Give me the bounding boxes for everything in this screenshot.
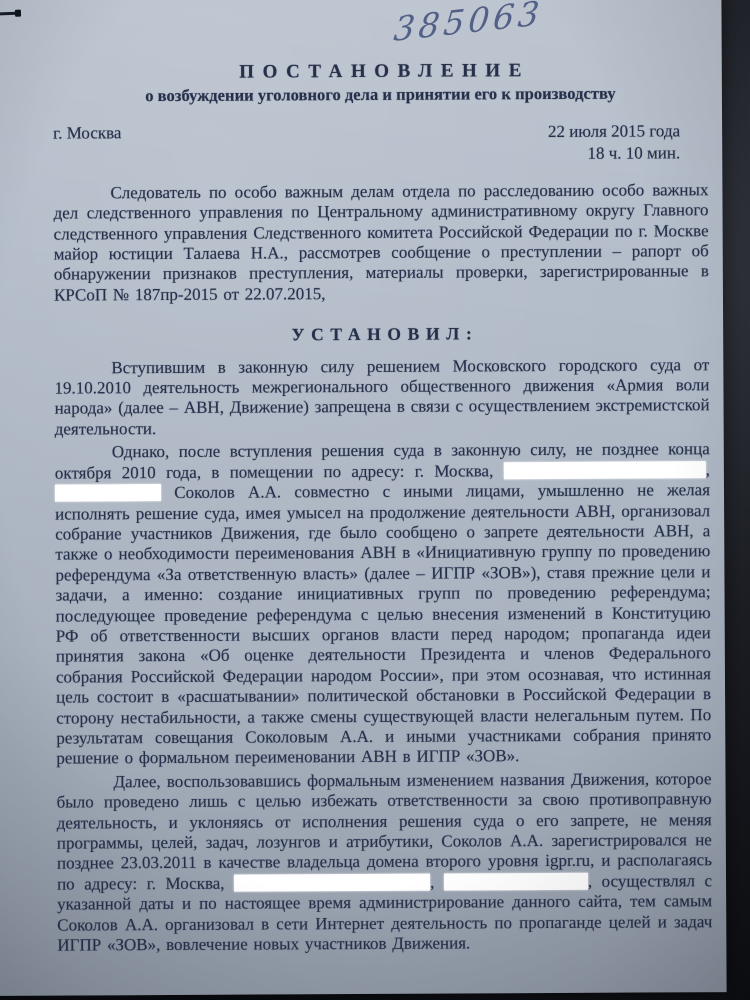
document-time: 18 ч. 10 мин. [548,142,680,165]
resolution-heading: УСТАНОВИЛ: [54,322,709,346]
paragraph-court-ban: Вступившим в законную силу решением Моск… [54,355,709,440]
redaction-box-address-4 [444,873,588,891]
document-datetime: 22 июля 2015 года 18 ч. 10 мин. [548,120,680,165]
photo-background: 385063 ПОСТАНОВЛЕНИЕ о возбуждении уголо… [0,0,750,1000]
document-content: ПОСТАНОВЛЕНИЕ о возбуждении уголовного д… [0,60,726,956]
handwritten-case-number: 385063 [392,0,545,49]
document-date: 22 июля 2015 года [548,120,680,143]
renaming-text-rest: Соколов А.А. совместно с иными лицами, у… [55,480,711,768]
redaction-box-address-1 [504,461,706,479]
comma-after-redaction: , [706,460,710,479]
paragraph-preamble: Следователь по особо важным делам отдела… [53,180,709,306]
redaction-box-address-2 [55,484,161,502]
document-title: ПОСТАНОВЛЕНИЕ [53,60,708,84]
redaction-box-address-3 [234,873,430,891]
staple-mark [0,12,20,16]
paragraph-renaming: Однако, после вступления решения суда в … [55,439,712,769]
place-date-row: г. Москва 22 июля 2015 года 18 ч. 10 мин… [53,120,708,167]
court-ban-text: Вступившим в законную силу решением Моск… [54,355,709,439]
paragraph-website: Далее, воспользовавшись формальным измен… [56,769,712,956]
document-place: г. Москва [53,123,121,144]
document-page: 385063 ПОСТАНОВЛЕНИЕ о возбуждении уголо… [0,0,727,996]
comma-after-redaction: , [430,872,434,891]
document-subtitle: о возбуждении уголовного дела и принятии… [53,84,708,108]
preamble-text: Следователь по особо важным делам отдела… [53,180,708,304]
